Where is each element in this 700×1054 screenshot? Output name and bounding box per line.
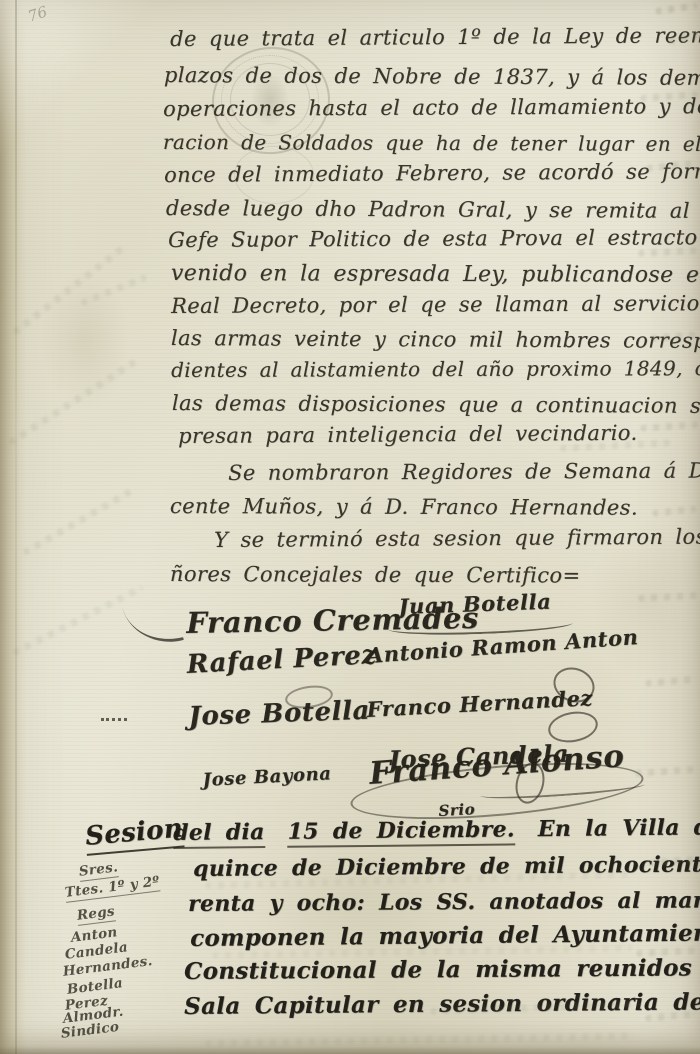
manuscript-line: cente Muños, y á D. Franco Hernandes. [170, 494, 638, 520]
manuscript-line: Y se terminó esta sesion que firmaron lo… [214, 524, 700, 552]
manuscript-line: operaciones hasta el acto de llamamiento… [163, 94, 700, 121]
signature-name: Franco Cremades [186, 601, 479, 640]
session-line: del dia 15 de Diciembre. En la Villa de … [173, 813, 700, 846]
margin-attendee: Regs [76, 903, 116, 926]
manuscript-line: Real Decreto, por el qe se llaman al ser… [171, 291, 700, 318]
manuscript-line: ñores Concejales de que Certifico= [170, 562, 581, 587]
signature: Rafael Perez [186, 640, 377, 680]
ink-dots [101, 718, 127, 721]
signature-name: Franco Hernandez [366, 685, 594, 722]
binding-crease [15, 0, 17, 1054]
signature: Jose Bayona [202, 763, 332, 791]
session-date-lead: del dia [173, 819, 265, 849]
session-place: En la Villa de Aspe á [538, 813, 700, 842]
bleedthrough-mark [645, 675, 697, 687]
signature: Jose Botella [188, 696, 370, 732]
signature-name: Rafael Perez [186, 640, 377, 680]
bleedthrough-mark [22, 488, 134, 557]
signature-paraph [122, 594, 184, 652]
signature-name: Jose Botella [188, 696, 370, 732]
bleedthrough-mark [635, 766, 697, 777]
manuscript-line: dientes al alistamiento del año proximo … [171, 356, 700, 382]
manuscript-line: venido en la espresada Ley, publicandose… [171, 261, 700, 288]
session-line: renta y ocho: Los SS. anotados al margen… [188, 887, 700, 917]
manuscript-line: once del inmediato Febrero, se acordó se… [164, 159, 700, 187]
bleedthrough-mark [652, 505, 696, 517]
session-margin-heading: Sesion [84, 813, 184, 855]
manuscript-line: las armas veinte y cinco mil hombres cor… [171, 326, 700, 353]
manuscript-line: plazos de dos de Nobre de 1837, y á los … [164, 63, 700, 90]
manuscript-line: Se nombraron Regidores de Semana á D. Vi [228, 458, 700, 485]
manuscript-line: presan para inteligencia del vecindario. [178, 421, 638, 448]
bleedthrough-mark [12, 584, 144, 656]
session-line: componen la mayoria del Ayuntamiento [190, 919, 700, 952]
manuscript-line: Gefe Supor Politico de esta Prova el est… [168, 225, 700, 252]
bleedthrough-mark [12, 244, 127, 336]
manuscript-line: de que trata el articulo 1º de la Ley de… [170, 23, 700, 51]
session-date: 15 de Diciembre. [287, 816, 515, 847]
session-line: Sala Capitular en sesion ordinaria delib… [184, 988, 700, 1020]
signature-name: Jose Bayona [202, 763, 332, 791]
manuscript-page: 76 de que trata el articulo 1º de la Ley… [0, 0, 700, 1054]
page-bottom-edge [0, 1046, 700, 1054]
session-line: Constitucional de la misma reunidos en l… [184, 954, 700, 985]
manuscript-line: desde luego dho Padron Gral, y se remita… [166, 196, 700, 223]
folio-number: 76 [26, 2, 50, 25]
bleedthrough-mark [8, 358, 138, 446]
bleedthrough-mark [638, 592, 698, 602]
session-line: quince de Diciembre de mil ochocientos c… [193, 851, 700, 882]
signature: Franco Hernandez [366, 685, 594, 722]
bleedthrough-mark [640, 421, 698, 432]
manuscript-line: racion de Soldados que ha de tener lugar… [163, 130, 700, 156]
signature: Franco Cremades [186, 601, 479, 640]
manuscript-line: las demas disposiciones que a continuaci… [172, 391, 700, 418]
bleedthrough-mark [655, 2, 698, 15]
bleedthrough-mark [205, 1032, 635, 1047]
foxing-stain [40, 270, 130, 410]
bleedthrough-mark [80, 274, 148, 307]
